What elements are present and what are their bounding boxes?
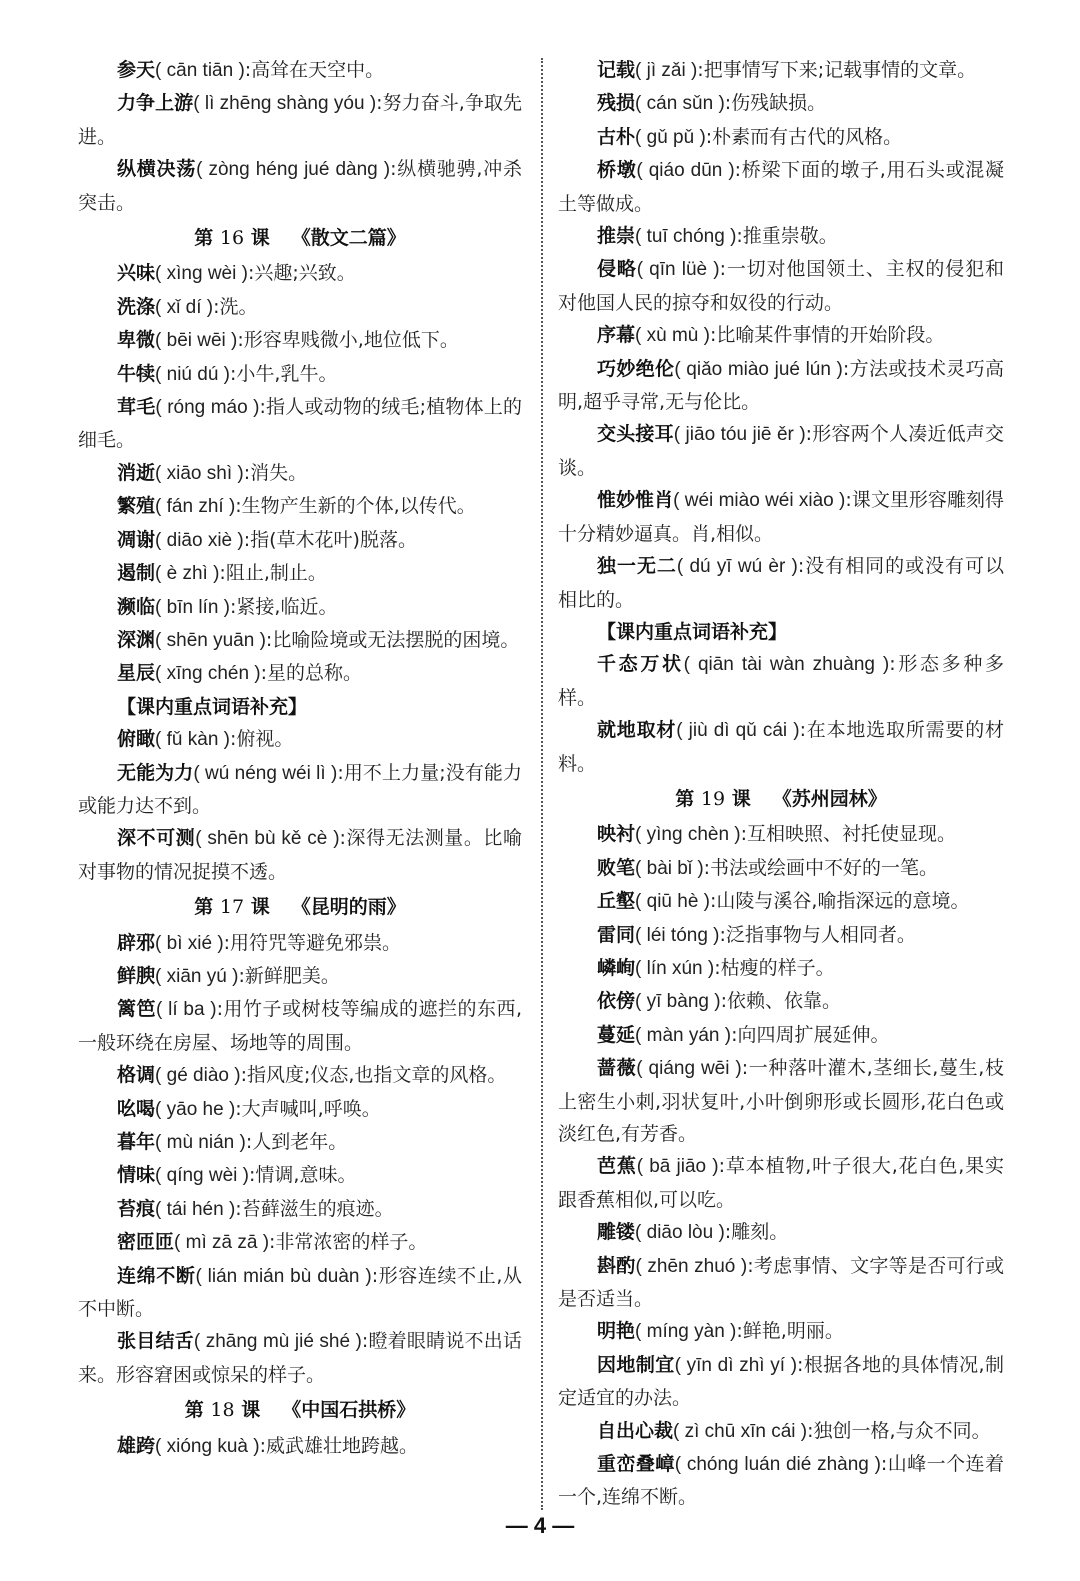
vocab-definition: :洗。 xyxy=(213,296,257,318)
vocab-entry: 败笔( bài bǐ ):书法或绘画中不好的一笔。 xyxy=(558,852,1004,885)
vocab-entry: 蔷薇( qiáng wēi ):一种落叶灌木,茎细长,蔓生,枝上密生小刺,羽状复… xyxy=(558,1052,1004,1150)
vocab-term: 交头接耳 xyxy=(597,423,674,445)
vocab-definition: :互相映照、衬托使显现。 xyxy=(741,823,956,845)
vocab-term: 濒临 xyxy=(117,596,155,618)
vocab-term: 牛犊 xyxy=(117,363,155,385)
vocab-term: 暮年 xyxy=(117,1131,155,1153)
vocab-pinyin: ( tái hén ) xyxy=(155,1199,235,1220)
vocab-definition: :枯瘦的样子。 xyxy=(714,957,834,979)
vocab-term: 篱笆 xyxy=(117,998,156,1020)
vocab-term: 桥墩 xyxy=(597,159,636,181)
vocab-definition: :新鲜肥美。 xyxy=(238,965,339,987)
vocab-term: 无能为力 xyxy=(117,762,193,784)
vocab-pinyin: ( léi tóng ) xyxy=(635,925,719,946)
lesson-heading: 第 18 课《中国石拱桥》 xyxy=(78,1394,522,1426)
vocab-entry: 残损( cán sǔn ):伤残缺损。 xyxy=(558,87,1004,120)
vocab-term: 推崇 xyxy=(597,225,635,247)
vocab-entry: 格调( gé diào ):指风度;仪态,也指文章的风格。 xyxy=(78,1059,522,1092)
vocab-entry: 蔓延( màn yán ):向四周扩展延伸。 xyxy=(558,1019,1004,1052)
vocab-entry: 千态万状( qiān tài wàn zhuàng ):形态多种多样。 xyxy=(558,648,1004,714)
vocab-definition: :兴趣;兴致。 xyxy=(248,262,356,284)
page-number: — 4 — xyxy=(0,1513,1080,1539)
vocab-entry: 力争上游( lì zhēng shàng yóu ):努力奋斗,争取先进。 xyxy=(78,87,522,153)
vocab-term: 自出心裁 xyxy=(597,1420,673,1442)
vocab-term: 纵横决荡 xyxy=(117,158,196,180)
vocab-pinyin: ( yāo he ) xyxy=(155,1099,235,1120)
vocab-pinyin: ( diāo lòu ) xyxy=(635,1222,725,1243)
vocab-pinyin: ( qíng wèi ) xyxy=(155,1165,249,1186)
vocab-pinyin: ( gǔ pǔ ) xyxy=(635,127,706,148)
vocab-entry: 连绵不断( lián mián bù duàn ):形容连续不止,从不中断。 xyxy=(78,1260,522,1326)
vocab-entry: 交头接耳( jiāo tóu jiē ěr ):形容两个人凑近低声交谈。 xyxy=(558,418,1004,484)
vocab-term: 俯瞰 xyxy=(117,728,155,750)
vocab-definition: :泛指事物与人相同者。 xyxy=(720,924,916,946)
vocab-pinyin: ( zhēn zhuó ) xyxy=(636,1256,748,1277)
vocab-term: 独一无二 xyxy=(597,555,677,577)
vocab-definition: :把事情写下来;记载事情的文章。 xyxy=(697,59,976,81)
vocab-pinyin: ( xù mù ) xyxy=(635,325,710,346)
lesson-unit: 课 xyxy=(732,788,751,810)
vocab-term: 明艳 xyxy=(597,1320,635,1342)
vocab-entry: 侵略( qīn lüè ):一切对他国领土、主权的侵犯和对他国人民的掠夺和奴役的… xyxy=(558,253,1004,319)
column-divider xyxy=(541,58,543,1510)
vocab-entry: 星辰( xīng chén ):星的总称。 xyxy=(78,657,522,690)
right-column: 记载( jì zǎi ):把事情写下来;记载事情的文章。残损( cán sǔn … xyxy=(558,54,1004,1514)
vocab-entry: 鲜腴( xiān yú ):新鲜肥美。 xyxy=(78,960,522,993)
vocab-pinyin: ( bā jiāo ) xyxy=(637,1156,719,1177)
vocab-pinyin: ( cán sǔn ) xyxy=(635,93,725,114)
vocab-entry: 芭蕉( bā jiāo ):草本植物,叶子很大,花白色,果实跟香蕉相似,可以吃。 xyxy=(558,1150,1004,1216)
vocab-entry: 古朴( gǔ pǔ ):朴素而有古代的风格。 xyxy=(558,121,1004,154)
vocab-entry: 斟酌( zhēn zhuó ):考虑事情、文字等是否可行或是否适当。 xyxy=(558,1250,1004,1316)
vocab-term: 深渊 xyxy=(117,629,155,651)
lesson-heading: 第 19 课《苏州园林》 xyxy=(558,783,1004,815)
vocab-entry: 辟邪( bì xié ):用符咒等避免邪祟。 xyxy=(78,927,522,960)
vocab-entry: 惟妙惟肖( wéi miào wéi xiào ):课文里形容雕刻得十分精妙逼真… xyxy=(558,484,1004,550)
vocab-definition: :推重崇敬。 xyxy=(736,225,837,247)
vocab-term: 惟妙惟肖 xyxy=(597,489,673,511)
vocab-pinyin: ( lián mián bù duàn ) xyxy=(195,1266,371,1287)
vocab-entry: 牛犊( niú dú ):小牛,乳牛。 xyxy=(78,358,522,391)
vocab-term: 星辰 xyxy=(117,662,155,684)
left-column: 参天( cān tiān ):高耸在天空中。力争上游( lì zhēng shà… xyxy=(78,54,522,1463)
vocab-entry: 雄跨( xióng kuà ):威武雄壮地跨越。 xyxy=(78,1430,522,1463)
vocab-pinyin: ( yìng chèn ) xyxy=(635,824,741,845)
vocab-entry: 消逝( xiāo shì ):消失。 xyxy=(78,457,522,490)
vocab-term: 记载 xyxy=(597,59,635,81)
vocab-definition: :形容卑贱微小,地位低下。 xyxy=(237,329,458,351)
vocab-definition: :朴素而有古代的风格。 xyxy=(706,126,902,148)
vocab-pinyin: ( qiáo dūn ) xyxy=(636,160,734,181)
vocab-entry: 兴味( xìng wèi ):兴趣;兴致。 xyxy=(78,257,522,290)
lesson-unit: 课 xyxy=(241,1399,260,1421)
vocab-entry: 繁殖( fán zhí ):生物产生新的个体,以传代。 xyxy=(78,490,522,523)
vocab-definition: :雕刻。 xyxy=(725,1221,788,1243)
vocab-term: 遏制 xyxy=(117,562,155,584)
vocab-pinyin: ( qīn lüè ) xyxy=(637,259,720,280)
vocab-pinyin: ( jiù dì qǔ cái ) xyxy=(676,720,799,741)
vocab-term: 斟酌 xyxy=(597,1255,636,1277)
lesson-title: 《中国石拱桥》 xyxy=(282,1399,415,1421)
vocab-term: 鲜腴 xyxy=(117,965,155,987)
vocab-pinyin: ( gé diào ) xyxy=(155,1065,241,1086)
vocab-pinyin: ( wú néng wéi lì ) xyxy=(193,763,337,784)
vocab-pinyin: ( diāo xiè ) xyxy=(155,530,244,551)
vocab-entry: 无能为力( wú néng wéi lì ):用不上力量;没有能力或能力达不到。 xyxy=(78,757,522,823)
lesson-heading: 第 16 课《散文二篇》 xyxy=(78,222,522,254)
vocab-entry: 濒临( bīn lín ):紧接,临近。 xyxy=(78,591,522,624)
vocab-term: 苔痕 xyxy=(117,1198,155,1220)
vocab-pinyin: ( zì chū xīn cái ) xyxy=(673,1421,807,1442)
lesson-prefix: 第 xyxy=(185,1399,204,1421)
vocab-pinyin: ( zhāng mù jié shé ) xyxy=(194,1331,362,1352)
vocab-term: 芭蕉 xyxy=(597,1155,637,1177)
vocab-entry: 丘壑( qiū hè ):山陵与溪谷,喻指深远的意境。 xyxy=(558,885,1004,918)
vocab-pinyin: ( xiāo shì ) xyxy=(155,463,244,484)
vocab-pinyin: ( xǐ dí ) xyxy=(155,297,213,318)
vocab-entry: 吆喝( yāo he ):大声喊叫,呼唤。 xyxy=(78,1093,522,1126)
vocab-pinyin: ( qiǎo miào jué lún ) xyxy=(674,359,843,380)
vocab-entry: 卑微( bēi wēi ):形容卑贱微小,地位低下。 xyxy=(78,324,522,357)
vocab-pinyin: ( jì zǎi ) xyxy=(635,60,697,81)
vocab-term: 丘壑 xyxy=(597,890,635,912)
vocab-pinyin: ( bēi wēi ) xyxy=(155,330,237,351)
vocab-term: 残损 xyxy=(597,92,635,114)
vocab-term: 雕镂 xyxy=(597,1221,635,1243)
vocab-term: 兴味 xyxy=(117,262,155,284)
vocab-entry: 明艳( míng yàn ):鲜艳,明丽。 xyxy=(558,1315,1004,1348)
vocab-pinyin: ( wéi miào wéi xiào ) xyxy=(673,490,845,511)
vocab-pinyin: ( qiān tài wàn zhuàng ) xyxy=(684,654,890,675)
vocab-entry: 巧妙绝伦( qiǎo miào jué lún ):方法或技术灵巧高明,超乎寻常… xyxy=(558,353,1004,419)
lesson-number: 17 xyxy=(220,896,244,918)
lesson-number: 16 xyxy=(220,227,244,249)
vocab-pinyin: ( niú dú ) xyxy=(155,364,230,385)
vocab-term: 就地取材 xyxy=(597,719,676,741)
vocab-definition: :苔藓滋生的痕迹。 xyxy=(235,1198,393,1220)
vocab-term: 序幕 xyxy=(597,324,635,346)
vocab-definition: :依赖、依靠。 xyxy=(721,990,841,1012)
vocab-term: 巧妙绝伦 xyxy=(597,358,674,380)
lesson-number: 19 xyxy=(701,788,725,810)
vocab-entry: 深不可测( shēn bù kě cè ):深得无法测量。比喻对事物的情况捉摸不… xyxy=(78,822,522,888)
vocab-term: 蔷薇 xyxy=(597,1057,636,1079)
vocab-entry: 嶙峋( lín xún ):枯瘦的样子。 xyxy=(558,952,1004,985)
vocab-term: 密匝匝 xyxy=(117,1231,174,1253)
vocab-pinyin: ( lín xún ) xyxy=(635,958,714,979)
lesson-unit: 课 xyxy=(251,896,270,918)
vocab-term: 卑微 xyxy=(117,329,155,351)
vocab-term: 侵略 xyxy=(597,258,637,280)
vocab-entry: 映衬( yìng chèn ):互相映照、衬托使显现。 xyxy=(558,818,1004,851)
vocab-pinyin: ( bīn lín ) xyxy=(155,597,230,618)
vocab-entry: 凋谢( diāo xiè ):指(草木花叶)脱落。 xyxy=(78,524,522,557)
vocab-term: 映衬 xyxy=(597,823,635,845)
vocab-entry: 苔痕( tái hén ):苔藓滋生的痕迹。 xyxy=(78,1193,522,1226)
vocab-entry: 洗涤( xǐ dí ):洗。 xyxy=(78,291,522,324)
vocab-pinyin: ( xīng chén ) xyxy=(155,663,261,684)
vocab-term: 嶙峋 xyxy=(597,957,635,979)
vocab-term: 参天 xyxy=(117,59,155,81)
vocab-pinyin: ( dú yī wú èr ) xyxy=(677,556,798,577)
vocab-pinyin: ( zòng héng jué dàng ) xyxy=(196,159,390,180)
vocab-definition: :人到老年。 xyxy=(246,1131,347,1153)
vocab-term: 深不可测 xyxy=(117,827,195,849)
vocab-definition: :小牛,乳牛。 xyxy=(230,363,337,385)
vocab-pinyin: ( fǔ kàn ) xyxy=(155,729,230,750)
vocab-term: 力争上游 xyxy=(117,92,193,114)
vocab-pinyin: ( yīn dì zhì yí ) xyxy=(675,1355,797,1376)
supplement-heading: 【课内重点词语补充】 xyxy=(78,691,522,723)
vocab-pinyin: ( róng máo ) xyxy=(155,397,259,418)
vocab-pinyin: ( qiáng wēi ) xyxy=(636,1058,741,1079)
vocab-entry: 序幕( xù mù ):比喻某件事情的开始阶段。 xyxy=(558,319,1004,352)
vocab-definition: :星的总称。 xyxy=(261,662,362,684)
vocab-definition: :伤残缺损。 xyxy=(725,92,826,114)
vocab-term: 蔓延 xyxy=(597,1024,635,1046)
vocab-definition: :独创一格,与众不同。 xyxy=(807,1420,990,1442)
vocab-entry: 深渊( shēn yuān ):比喻险境或无法摆脱的困境。 xyxy=(78,624,522,657)
vocab-definition: :情调,意味。 xyxy=(249,1164,356,1186)
vocab-term: 辟邪 xyxy=(117,932,155,954)
vocab-entry: 因地制宜( yīn dì zhì yí ):根据各地的具体情况,制定适宜的办法。 xyxy=(558,1349,1004,1415)
vocab-entry: 依傍( yī bàng ):依赖、依靠。 xyxy=(558,985,1004,1018)
vocab-term: 千态万状 xyxy=(597,653,684,675)
supplement-heading: 【课内重点词语补充】 xyxy=(558,616,1004,648)
vocab-entry: 桥墩( qiáo dūn ):桥梁下面的墩子,用石头或混凝土等做成。 xyxy=(558,154,1004,220)
vocab-entry: 雷同( léi tóng ):泛指事物与人相同者。 xyxy=(558,919,1004,952)
vocab-entry: 情味( qíng wèi ):情调,意味。 xyxy=(78,1159,522,1192)
vocab-definition: :消失。 xyxy=(244,462,307,484)
vocab-definition: :书法或绘画中不好的一笔。 xyxy=(704,857,938,879)
vocab-term: 古朴 xyxy=(597,126,635,148)
vocab-definition: :生物产生新的个体,以传代。 xyxy=(235,495,475,517)
vocab-term: 依傍 xyxy=(597,990,635,1012)
vocab-pinyin: ( fán zhí ) xyxy=(155,496,235,517)
vocab-definition: :高耸在天空中。 xyxy=(245,59,384,81)
vocab-entry: 重峦叠嶂( chóng luán dié zhàng ):山峰一个连着一个,连绵… xyxy=(558,1448,1004,1514)
vocab-pinyin: ( è zhì ) xyxy=(155,563,219,584)
vocab-pinyin: ( chóng luán dié zhàng ) xyxy=(675,1454,881,1475)
vocab-term: 连绵不断 xyxy=(117,1265,195,1287)
vocab-entry: 密匝匝( mì zā zā ):非常浓密的样子。 xyxy=(78,1226,522,1259)
vocab-pinyin: ( xìng wèi ) xyxy=(155,263,248,284)
lesson-unit: 课 xyxy=(251,227,270,249)
vocab-pinyin: ( shēn yuān ) xyxy=(155,630,266,651)
vocab-definition: :紧接,临近。 xyxy=(230,596,337,618)
vocab-entry: 就地取材( jiù dì qǔ cái ):在本地选取所需要的材料。 xyxy=(558,714,1004,780)
vocab-pinyin: ( mì zā zā ) xyxy=(174,1232,269,1253)
vocab-term: 格调 xyxy=(117,1064,155,1086)
vocab-definition: :阻止,制止。 xyxy=(219,562,326,584)
lesson-prefix: 第 xyxy=(194,227,213,249)
vocab-definition: :指(草木花叶)脱落。 xyxy=(244,529,417,551)
vocab-term: 重峦叠嶂 xyxy=(597,1453,675,1475)
vocab-term: 张目结舌 xyxy=(117,1330,194,1352)
vocab-pinyin: ( yī bàng ) xyxy=(635,991,721,1012)
vocab-entry: 推崇( tuī chóng ):推重崇敬。 xyxy=(558,220,1004,253)
vocab-definition: :威武雄壮地跨越。 xyxy=(260,1435,418,1457)
vocab-pinyin: ( tuī chóng ) xyxy=(635,226,736,247)
vocab-entry: 暮年( mù nián ):人到老年。 xyxy=(78,1126,522,1159)
vocab-term: 繁殖 xyxy=(117,495,155,517)
vocab-definition: :向四周扩展延伸。 xyxy=(731,1024,889,1046)
vocab-pinyin: ( mù nián ) xyxy=(155,1132,246,1153)
vocab-definition: :大声喊叫,呼唤。 xyxy=(235,1098,380,1120)
vocab-entry: 独一无二( dú yī wú èr ):没有相同的或没有可以相比的。 xyxy=(558,550,1004,616)
vocab-entry: 雕镂( diāo lòu ):雕刻。 xyxy=(558,1216,1004,1249)
textbook-page: 参天( cān tiān ):高耸在天空中。力争上游( lì zhēng shà… xyxy=(0,0,1080,1581)
vocab-term: 雷同 xyxy=(597,924,635,946)
vocab-entry: 俯瞰( fǔ kàn ):俯视。 xyxy=(78,723,522,756)
vocab-definition: :指风度;仪态,也指文章的风格。 xyxy=(241,1064,507,1086)
vocab-term: 雄跨 xyxy=(117,1435,155,1457)
lesson-heading: 第 17 课《昆明的雨》 xyxy=(78,891,522,923)
lesson-number: 18 xyxy=(210,1399,234,1421)
lesson-title: 《苏州园林》 xyxy=(773,788,887,810)
vocab-entry: 篱笆( lí ba ):用竹子或树枝等编成的遮拦的东西,一般环绕在房屋、场地等的… xyxy=(78,993,522,1059)
vocab-pinyin: ( bì xié ) xyxy=(155,933,224,954)
vocab-definition: :俯视。 xyxy=(230,728,293,750)
vocab-definition: :山陵与溪谷,喻指深远的意境。 xyxy=(710,890,969,912)
vocab-term: 情味 xyxy=(117,1164,155,1186)
vocab-pinyin: ( xiān yú ) xyxy=(155,966,238,987)
lesson-prefix: 第 xyxy=(194,896,213,918)
vocab-entry: 张目结舌( zhāng mù jié shé ):瞪着眼睛说不出话来。形容窘困或… xyxy=(78,1325,522,1391)
lesson-title: 《散文二篇》 xyxy=(292,227,406,249)
vocab-term: 茸毛 xyxy=(117,396,155,418)
vocab-pinyin: ( jiāo tóu jiē ěr ) xyxy=(674,424,806,445)
vocab-definition: :比喻某件事情的开始阶段。 xyxy=(710,324,944,346)
vocab-entry: 遏制( è zhì ):阻止,制止。 xyxy=(78,557,522,590)
vocab-definition: :非常浓密的样子。 xyxy=(269,1231,427,1253)
vocab-definition: :鲜艳,明丽。 xyxy=(736,1320,843,1342)
vocab-entry: 记载( jì zǎi ):把事情写下来;记载事情的文章。 xyxy=(558,54,1004,87)
vocab-entry: 纵横决荡( zòng héng jué dàng ):纵横驰骋,冲杀突击。 xyxy=(78,153,522,219)
vocab-entry: 参天( cān tiān ):高耸在天空中。 xyxy=(78,54,522,87)
vocab-pinyin: ( míng yàn ) xyxy=(635,1321,736,1342)
vocab-pinyin: ( qiū hè ) xyxy=(635,891,710,912)
vocab-entry: 自出心裁( zì chū xīn cái ):独创一格,与众不同。 xyxy=(558,1415,1004,1448)
vocab-pinyin: ( bài bǐ ) xyxy=(635,858,704,879)
lesson-prefix: 第 xyxy=(675,788,694,810)
vocab-pinyin: ( cān tiān ) xyxy=(155,60,245,81)
vocab-term: 吆喝 xyxy=(117,1098,155,1120)
vocab-term: 洗涤 xyxy=(117,296,155,318)
vocab-term: 凋谢 xyxy=(117,529,155,551)
vocab-pinyin: ( lí ba ) xyxy=(156,999,217,1020)
vocab-term: 因地制宜 xyxy=(597,1354,675,1376)
vocab-term: 消逝 xyxy=(117,462,155,484)
vocab-pinyin: ( shēn bù kě cè ) xyxy=(195,828,339,849)
vocab-term: 败笔 xyxy=(597,857,635,879)
vocab-pinyin: ( màn yán ) xyxy=(635,1025,731,1046)
vocab-entry: 茸毛( róng máo ):指人或动物的绒毛;植物体上的细毛。 xyxy=(78,391,522,457)
vocab-definition: :用符咒等避免邪祟。 xyxy=(224,932,401,954)
lesson-title: 《昆明的雨》 xyxy=(292,896,406,918)
vocab-pinyin: ( xióng kuà ) xyxy=(155,1436,260,1457)
vocab-definition: :比喻险境或无法摆脱的困境。 xyxy=(266,629,519,651)
vocab-pinyin: ( lì zhēng shàng yóu ) xyxy=(193,93,376,114)
